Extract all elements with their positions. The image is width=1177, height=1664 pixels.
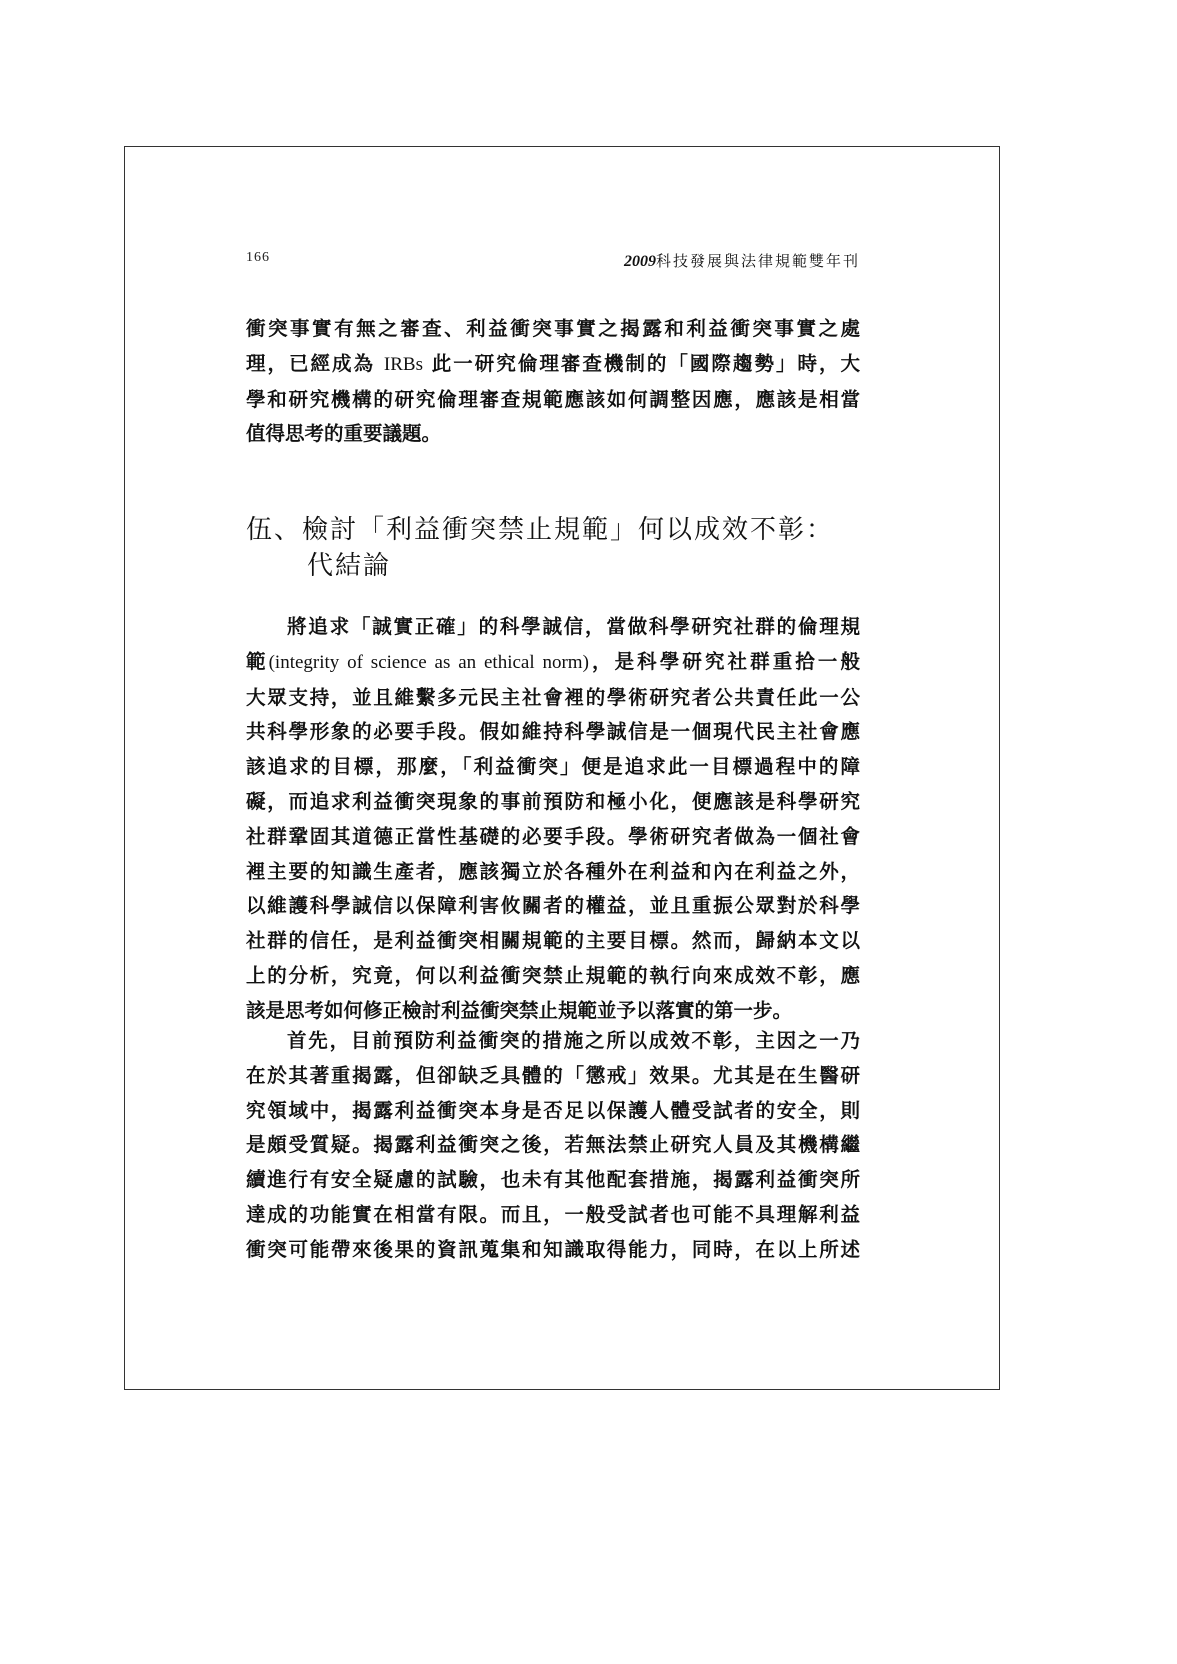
- journal-name: 科技發展與法律規範雙年刊: [656, 252, 860, 270]
- text-line: 將追求「誠實正確」的科學誠信，當做科學研究社群的倫理規: [246, 610, 860, 645]
- text-line: 學和研究機構的研究倫理審查規範應該如何調整因應，應該是相當: [246, 383, 860, 418]
- text-line: 社群鞏固其道德正當性基礎的必要手段。學術研究者做為一個社會: [246, 820, 860, 855]
- paragraph-continuation: 衝突事實有無之審查、利益衝突事實之揭露和利益衝突事實之處 理，已經成為 IRBs…: [246, 312, 860, 452]
- text-line: 裡主要的知識生產者，應該獨立於各種外在利益和內在利益之外，: [246, 855, 860, 890]
- text-line: 究領域中，揭露利益衝突本身是否足以保護人體受試者的安全，則: [246, 1094, 860, 1129]
- text-run-latin: IRBs: [384, 354, 423, 375]
- text-line: 社群的信任，是利益衝突相關規範的主要目標。然而，歸納本文以: [246, 924, 860, 959]
- text-line: 理，已經成為 IRBs 此一研究倫理審查機制的「國際趨勢」時，大: [246, 347, 860, 383]
- paragraph-conclusion-1: 將追求「誠實正確」的科學誠信，當做科學研究社群的倫理規 範(integrity …: [246, 610, 860, 1029]
- text-line: 共科學形象的必要手段。假如維持科學誠信是一個現代民主社會應: [246, 715, 860, 750]
- paragraph-conclusion-2: 首先，目前預防利益衝突的措施之所以成效不彰，主因之一乃 在於其著重揭露，但卻缺乏…: [246, 1024, 860, 1268]
- running-header: 166 2009科技發展與法律規範雙年刊: [246, 250, 860, 270]
- text-line: 衝突可能帶來後果的資訊蒐集和知識取得能力，同時，在以上所述: [246, 1233, 860, 1268]
- text-run: 此一研究倫理審查機制的「國際趨勢」時，大: [432, 352, 860, 375]
- text-line: 礙，而追求利益衝突現象的事前預防和極小化，便應該是科學研究: [246, 785, 860, 820]
- text-line: 大眾支持，並且維繫多元民主社會裡的學術研究者公共責任此一公: [246, 681, 860, 716]
- text-line: 該追求的目標，那麼，「利益衝突」便是追求此一目標過程中的障: [246, 750, 860, 785]
- text-line: 在於其著重揭露，但卻缺乏具體的「懲戒」效果。尤其是在生醫研: [246, 1059, 860, 1094]
- journal-title: 2009科技發展與法律規範雙年刊: [624, 250, 860, 271]
- section-heading-line-1: 伍、檢討「利益衝突禁止規範」何以成效不彰：: [246, 515, 834, 545]
- text-line: 上的分析，究竟，何以利益衝突禁止規範的執行向來成效不彰，應: [246, 959, 860, 994]
- text-run: 範: [246, 650, 269, 673]
- text-line: 以維護科學誠信以保障利害攸關者的權益，並且重振公眾對於科學: [246, 889, 860, 924]
- text-run-latin: (integrity of science as an ethical norm…: [269, 652, 589, 673]
- text-line: 首先，目前預防利益衝突的措施之所以成效不彰，主因之一乃: [246, 1024, 860, 1059]
- text-line: 衝突事實有無之審查、利益衝突事實之揭露和利益衝突事實之處: [246, 312, 860, 347]
- page-number: 166: [246, 250, 270, 266]
- journal-year: 2009: [624, 253, 656, 270]
- text-run: ，是科學研究社群重拾一般: [589, 650, 860, 673]
- text-line: 值得思考的重要議題。: [246, 417, 860, 452]
- text-line: 是頗受質疑。揭露利益衝突之後，若無法禁止研究人員及其機構繼: [246, 1128, 860, 1163]
- section-heading-line-2: 代結論: [246, 548, 860, 584]
- text-line: 達成的功能實在相當有限。而且，一般受試者也可能不具理解利益: [246, 1198, 860, 1233]
- section-heading: 伍、檢討「利益衝突禁止規範」何以成效不彰： 代結論: [246, 512, 860, 584]
- text-line: 範(integrity of science as an ethical nor…: [246, 645, 860, 681]
- text-run: 理，已經成為: [246, 352, 375, 375]
- text-line: 續進行有安全疑慮的試驗，也未有其他配套措施，揭露利益衝突所: [246, 1163, 860, 1198]
